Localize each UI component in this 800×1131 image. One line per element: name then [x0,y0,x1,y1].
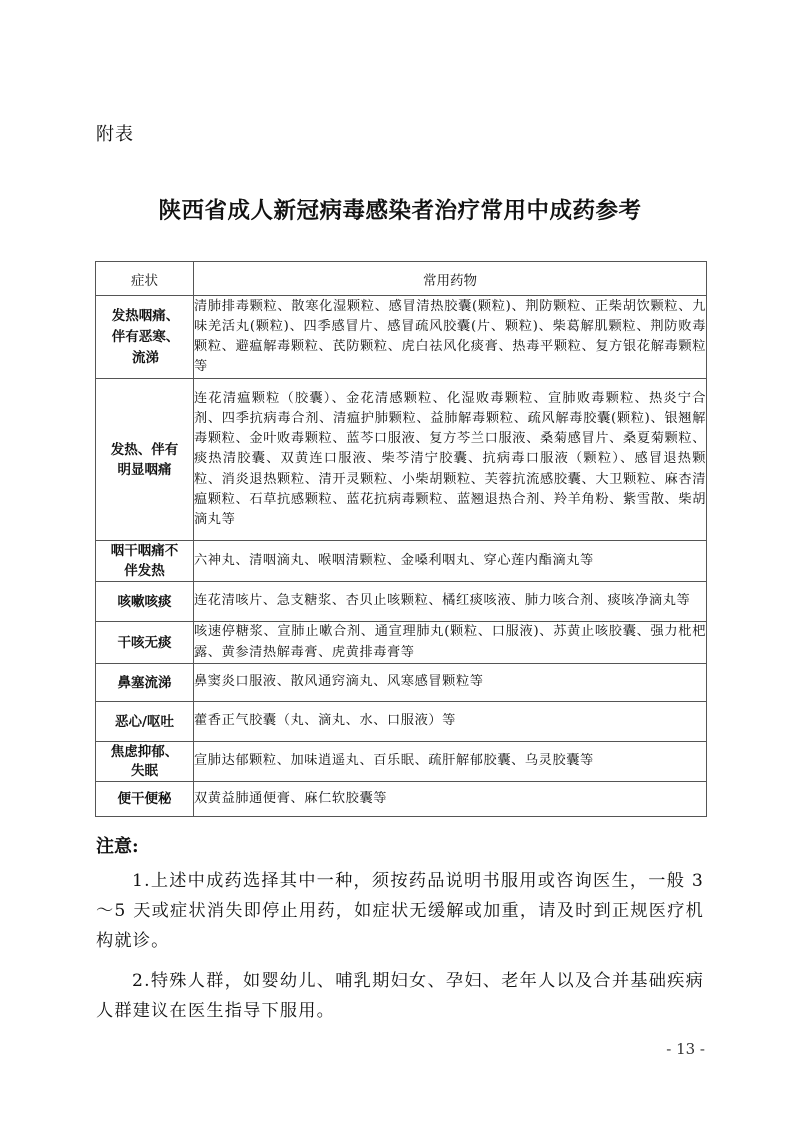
table-row: 干咳无痰 咳速停糖浆、宣肺止嗽合剂、通宣理肺丸(颗粒、口服液)、苏黄止咳胶囊、强… [96,622,707,664]
table-row: 咽干咽痛不伴发热 六神丸、清咽滴丸、喉咽清颗粒、金嗓利咽丸、穿心莲内酯滴丸等 [96,541,707,582]
medicines-cell: 六神丸、清咽滴丸、喉咽清颗粒、金嗓利咽丸、穿心莲内酯滴丸等 [194,541,707,582]
header-symptom: 症状 [96,262,194,296]
symptom-cell: 发热咽痛、伴有恶寒、流涕 [96,296,194,379]
medicines-cell: 鼻窦炎口服液、散风通窍滴丸、风寒感冒颗粒等 [194,664,707,702]
symptom-cell: 恶心/呕吐 [96,702,194,742]
medicines-cell: 连花清咳片、急支糖浆、杏贝止咳颗粒、橘红痰咳液、肺力咳合剂、痰咳净滴丸等 [194,582,707,622]
medicines-cell: 清肺排毒颗粒、散寒化湿颗粒、感冒清热胶囊(颗粒)、荆防颗粒、正柴胡饮颗粒、九味羌… [194,296,707,379]
medicines-cell: 藿香正气胶囊（丸、滴丸、水、口服液）等 [194,702,707,742]
medicine-reference-table: 症状 常用药物 发热咽痛、伴有恶寒、流涕 清肺排毒颗粒、散寒化湿颗粒、感冒清热胶… [95,261,707,817]
table-row: 咳嗽咳痰 连花清咳片、急支糖浆、杏贝止咳颗粒、橘红痰咳液、肺力咳合剂、痰咳净滴丸… [96,582,707,622]
symptom-cell: 便干便秘 [96,782,194,817]
table-row: 发热咽痛、伴有恶寒、流涕 清肺排毒颗粒、散寒化湿颗粒、感冒清热胶囊(颗粒)、荆防… [96,296,707,379]
notes-title: 注意: [96,832,139,858]
symptom-cell: 咽干咽痛不伴发热 [96,541,194,582]
document-title: 陕西省成人新冠病毒感染者治疗常用中成药参考 [0,193,800,225]
table-row: 发热、伴有明显咽痛 连花清瘟颗粒（胶囊）、金花清感颗粒、化湿败毒颗粒、宣肺败毒颗… [96,379,707,541]
note-item: 1.上述中成药选择其中一种，须按药品说明书服用或咨询医生，一般 3～5 天或症状… [96,866,704,956]
header-medicines: 常用药物 [194,262,707,296]
symptom-cell: 鼻塞流涕 [96,664,194,702]
table-row: 鼻塞流涕 鼻窦炎口服液、散风通窍滴丸、风寒感冒颗粒等 [96,664,707,702]
table-row: 便干便秘 双黄益肺通便膏、麻仁软胶囊等 [96,782,707,817]
symptom-cell: 焦虑抑郁、失眠 [96,742,194,782]
medicines-cell: 宣肺达郁颗粒、加味逍遥丸、百乐眠、疏肝解郁胶囊、乌灵胶囊等 [194,742,707,782]
appendix-label: 附表 [96,120,134,146]
note-item: 2.特殊人群，如婴幼儿、哺乳期妇女、孕妇、老年人以及合并基础疾病人群建议在医生指… [96,966,704,1026]
page-number: - 13 - [666,1040,705,1058]
medicines-cell: 双黄益肺通便膏、麻仁软胶囊等 [194,782,707,817]
symptom-cell: 咳嗽咳痰 [96,582,194,622]
symptom-cell: 发热、伴有明显咽痛 [96,379,194,541]
medicines-cell: 咳速停糖浆、宣肺止嗽合剂、通宣理肺丸(颗粒、口服液)、苏黄止咳胶囊、强力枇杷露、… [194,622,707,664]
table-row: 焦虑抑郁、失眠 宣肺达郁颗粒、加味逍遥丸、百乐眠、疏肝解郁胶囊、乌灵胶囊等 [96,742,707,782]
table-header-row: 症状 常用药物 [96,262,707,296]
table-row: 恶心/呕吐 藿香正气胶囊（丸、滴丸、水、口服液）等 [96,702,707,742]
symptom-cell: 干咳无痰 [96,622,194,664]
medicines-cell: 连花清瘟颗粒（胶囊）、金花清感颗粒、化湿败毒颗粒、宣肺败毒颗粒、热炎宁合剂、四季… [194,379,707,541]
